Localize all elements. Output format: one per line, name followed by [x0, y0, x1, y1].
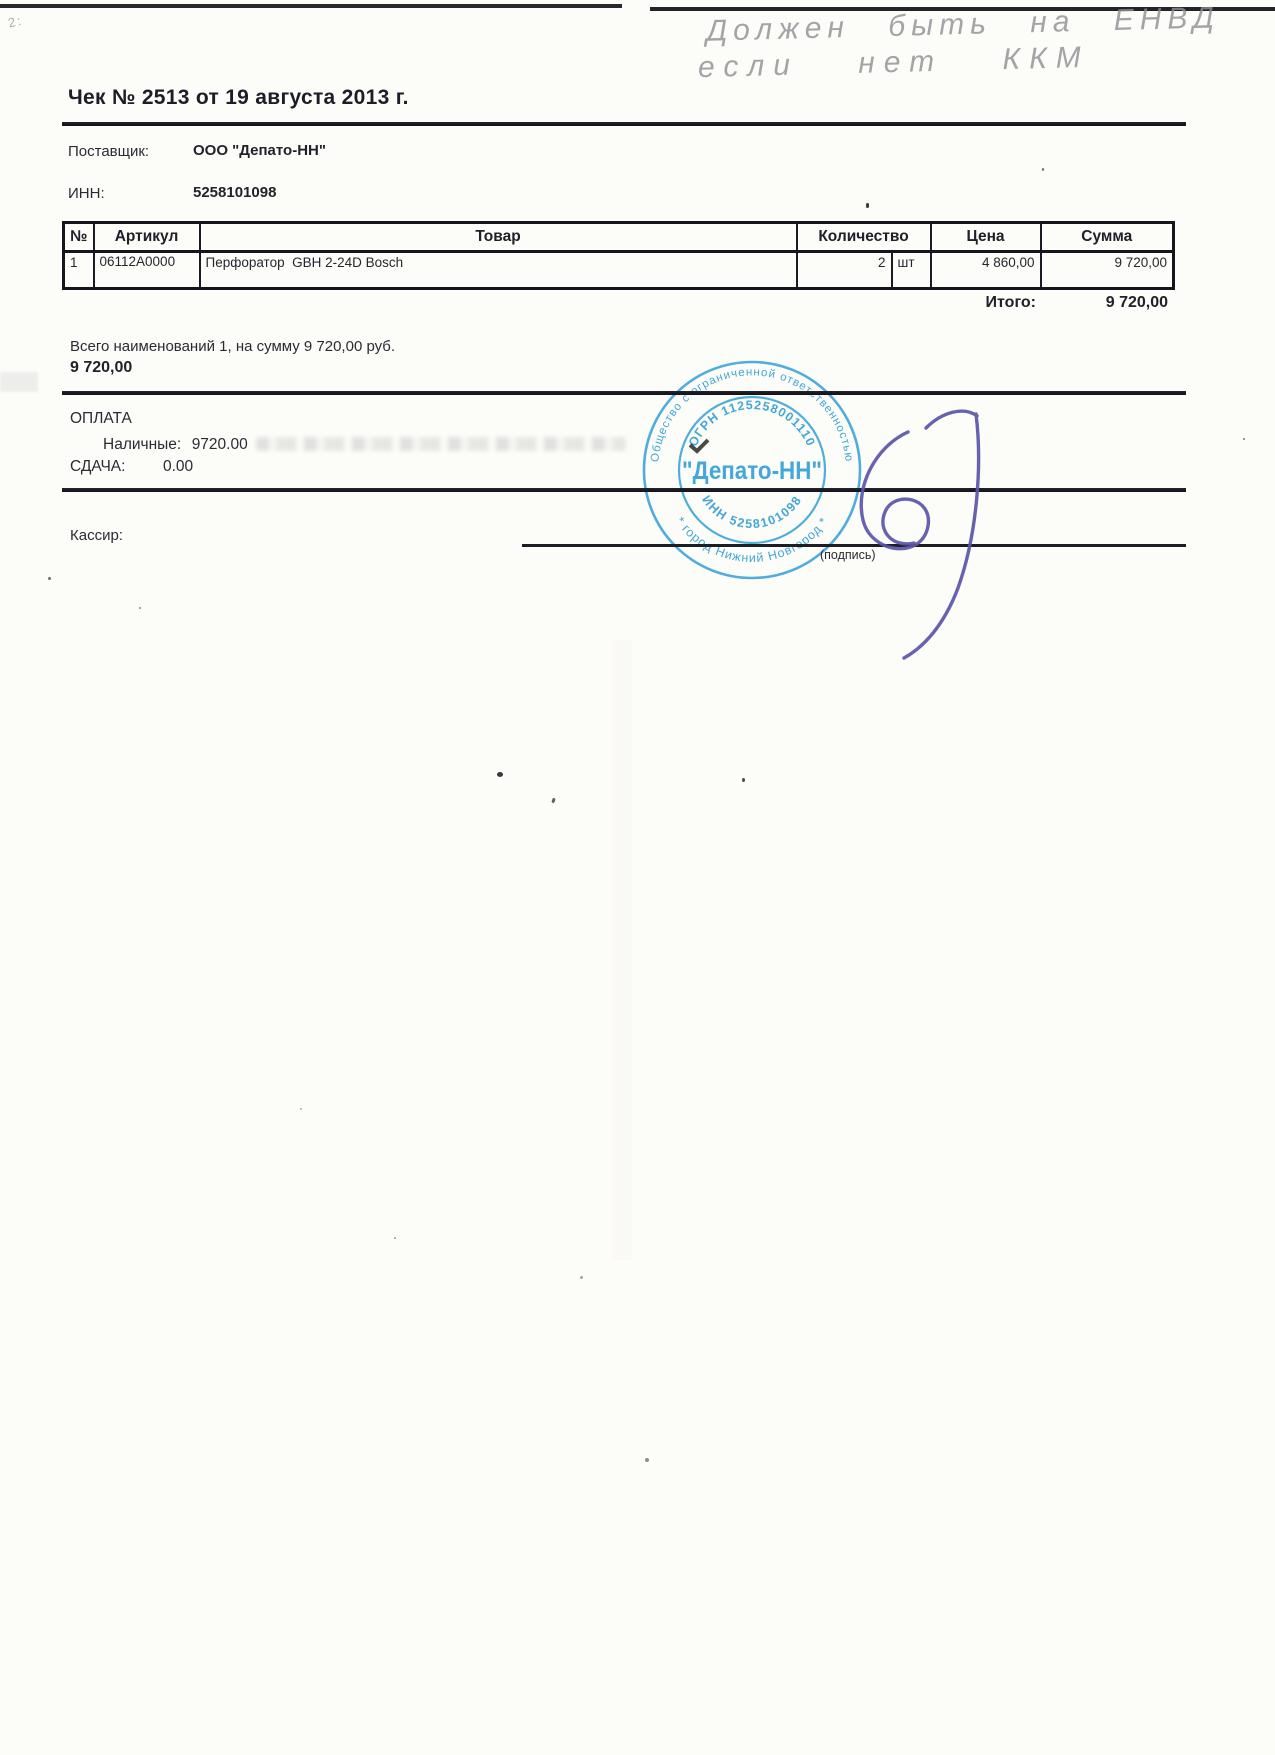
scan-corner-mark: 2: — [7, 13, 25, 31]
cell-price: 4 860,00 — [931, 252, 1041, 289]
totals-value: 9 720,00 — [1106, 294, 1168, 312]
totals-row: Итого: 9 720,00 — [62, 294, 1170, 316]
cell-article: 06112A0000 — [94, 252, 200, 289]
stamp-center-text: "Депато-НН" — [682, 457, 822, 485]
payment-cash-label: Наличные: — [103, 436, 181, 453]
scan-speck — [742, 778, 745, 782]
inn-value: 5258101098 — [193, 184, 276, 201]
stamp-inn-text: ИНН 5258101098 — [699, 493, 805, 531]
cashier-label: Кассир: — [70, 527, 123, 544]
title-divider — [62, 122, 1186, 126]
inn-label: ИНН: — [68, 185, 105, 202]
scan-bleedthrough-smudge — [256, 437, 626, 451]
cell-unit: шт — [892, 252, 931, 289]
col-header-num: № — [64, 223, 94, 252]
col-header-sum: Сумма — [1041, 223, 1174, 252]
col-header-price: Цена — [931, 223, 1041, 252]
items-table: № Артикул Товар Количество Цена Сумма 1 … — [62, 221, 1175, 290]
payment-header: ОПЛАТА — [70, 410, 132, 428]
scan-speck — [1243, 438, 1245, 440]
col-header-quantity: Количество — [797, 223, 931, 252]
stamp-outer-top-text: Общество с ограниченной ответственностью — [649, 366, 855, 462]
table-header-row: № Артикул Товар Количество Цена Сумма — [64, 223, 1174, 252]
scan-speck — [139, 607, 141, 609]
handwritten-note-line2: если нет ККМ — [698, 41, 1091, 85]
svg-text:Общество с ограниченной ответс: Общество с ограниченной ответственностью — [649, 366, 855, 462]
col-header-product: Товар — [200, 223, 797, 252]
cell-num: 1 — [64, 252, 94, 289]
summary-amount: 9 720,00 — [70, 359, 132, 377]
svg-text:ИНН 5258101098: ИНН 5258101098 — [699, 493, 805, 531]
scan-speck — [645, 1458, 649, 1462]
payment-cash-row: Наличные: 9720.00 — [103, 436, 248, 454]
cell-sum: 9 720,00 — [1041, 252, 1174, 289]
payment-cash-value: 9720.00 — [192, 436, 248, 453]
scan-speck — [1042, 168, 1044, 171]
cell-qty: 2 — [797, 252, 892, 289]
signature-graphic — [830, 392, 1020, 672]
scan-speck — [300, 1108, 302, 1110]
scan-speck — [580, 1276, 583, 1279]
scan-speck — [394, 1237, 396, 1239]
scan-edge-line-left — [0, 4, 622, 8]
payment-change-label: СДАЧА: — [70, 458, 125, 476]
scan-speck — [497, 772, 503, 777]
scan-edge-smear — [0, 372, 38, 392]
summary-line: Всего наименований 1, на сумму 9 720,00 … — [70, 338, 395, 355]
payment-change-value: 0.00 — [163, 458, 193, 476]
scan-speck — [551, 798, 555, 804]
table-row: 1 06112A0000 Перфоратор GBH 2-24D Bosch … — [64, 252, 1174, 289]
cell-product: Перфоратор GBH 2-24D Bosch — [200, 252, 797, 289]
scan-speck — [48, 577, 51, 580]
col-header-article: Артикул — [94, 223, 200, 252]
scan-speck — [866, 203, 869, 208]
scan-streak — [612, 640, 632, 1260]
supplier-label: Поставщик: — [68, 143, 149, 160]
cashier-signature — [830, 392, 1020, 677]
supplier-value: ООО "Депато-НН" — [193, 142, 326, 159]
totals-label: Итого: — [986, 294, 1036, 312]
receipt-title: Чек № 2513 от 19 августа 2013 г. — [68, 86, 409, 110]
